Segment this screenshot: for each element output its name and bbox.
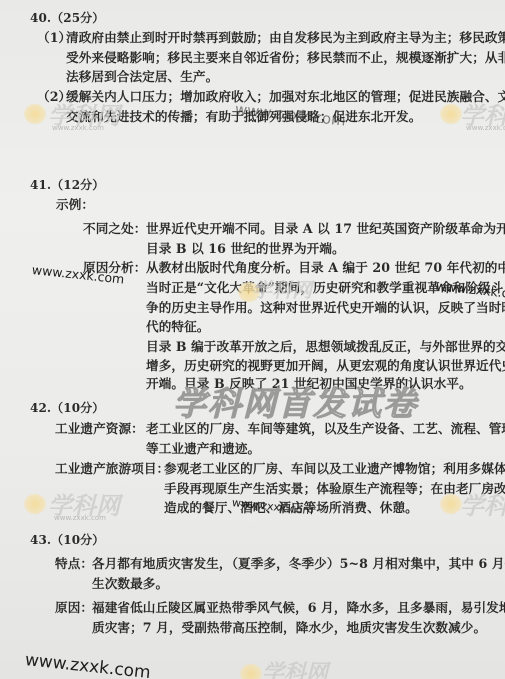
- q41-difference-line: 目录 B 以 16 世纪的世界为开端。: [146, 241, 345, 257]
- q42-resources-label: 工业遗产资源：: [55, 421, 144, 437]
- q42-tourism-line: 造成的餐厅、酒吧、酒店等场所消费、休憩。: [164, 500, 418, 516]
- mascot-icon: [24, 104, 46, 124]
- q40-part2-line: 缓解关内人口压力；增加政府收入；加强对东北地区的管理；促进民族融合、文化: [66, 89, 505, 105]
- watermark-logo-url: www.zxxk.com: [52, 124, 104, 132]
- q42-resources-line: 等工业遗产和遗迹。: [146, 441, 260, 457]
- q41-analysis-label: 原因分析：: [83, 260, 146, 276]
- q41-difference-label: 不同之处：: [83, 221, 146, 237]
- q43-reasons-line: 福建省低山丘陵区属亚热带季风气候，6 月，降水多，且多暴雨，易引发地: [92, 600, 505, 616]
- q41-analysis-line: 争的历史主导作用。这种对世界近代史开端的认识，反映了当时时: [146, 300, 505, 316]
- q40-part1-line: 法移居到合法定居、生产。: [66, 69, 218, 85]
- watermark-banner: 学科网首发试卷: [173, 378, 418, 425]
- question-40-header: 40.（25分）: [30, 10, 104, 26]
- mascot-icon: [24, 494, 46, 514]
- mascot-icon: [240, 664, 262, 679]
- watermark-url: www.zxxk.com: [24, 650, 152, 679]
- q42-tourism-label: 工业遗产旅游项目：: [55, 461, 169, 477]
- q43-reasons-label: 原因：: [55, 600, 93, 616]
- q43-features-line: 生次数最多。: [92, 576, 168, 592]
- q41-analysis-line: 当时正是“文化大革命”期间，历史研究和教学重视革命和阶级斗: [146, 280, 503, 296]
- q41-difference-line: 世界近代史开端不同。目录 A 以 17 世纪英国资产阶级革命为开端，: [146, 221, 505, 237]
- q43-features-label: 特点：: [55, 556, 93, 572]
- mascot-icon: [440, 494, 462, 514]
- watermark-logo: 学科网: [48, 486, 120, 521]
- q40-part1-line: 受外来侵略影响；移民主要来自邻近省份；移民禁而不止，规模逐渐扩大；从非: [66, 50, 505, 66]
- q43-features-line: 各月都有地质灾害发生，（夏季多，冬季少）5~8 月相对集中，其中 6 月份发: [92, 556, 505, 572]
- q40-part2-line: 交流和先进技术的传播；有助于抵御列强侵略；促进东北开发。: [66, 109, 421, 125]
- q42-tourism-line: 参观老工业区的厂房、车间以及工业遗产博物馆；利用多媒体: [164, 461, 505, 477]
- q41-analysis-line: 目录 B 编于改革开放之后，思想领域拨乱反正，与外部世界的交流: [146, 339, 505, 355]
- q41-analysis-line: 从教材出版时代角度分析。目录 A 编于 20 世纪 70 年代初的中国，: [146, 260, 505, 276]
- question-42-header: 42.（10分）: [30, 400, 104, 416]
- watermark-logo: 学科网: [262, 656, 328, 679]
- q41-analysis-line: 增多，历史研究的视野更加开阔，从更宏观的角度认识世界近代史: [146, 358, 505, 374]
- mascot-icon: [238, 282, 260, 302]
- question-43-header: 43.（10分）: [30, 532, 104, 548]
- q43-reasons-line: 质灾害；7 月，受副热带高压控制，降水少，地质灾害发生次数减少。: [92, 620, 486, 636]
- watermark-logo-url: www.zxxk.com: [54, 514, 106, 522]
- q41-example-label: 示例：: [56, 197, 94, 213]
- watermark-logo-url: www.zxxk.com: [466, 124, 505, 132]
- q41-analysis-line: 代的特征。: [146, 319, 209, 335]
- q40-part1-line: 清政府由禁止到时开时禁再到鼓励；由自发移民为主到政府主导为主；移民政策: [66, 30, 505, 46]
- mascot-icon: [440, 104, 462, 124]
- question-41-header: 41.（12分）: [30, 177, 104, 193]
